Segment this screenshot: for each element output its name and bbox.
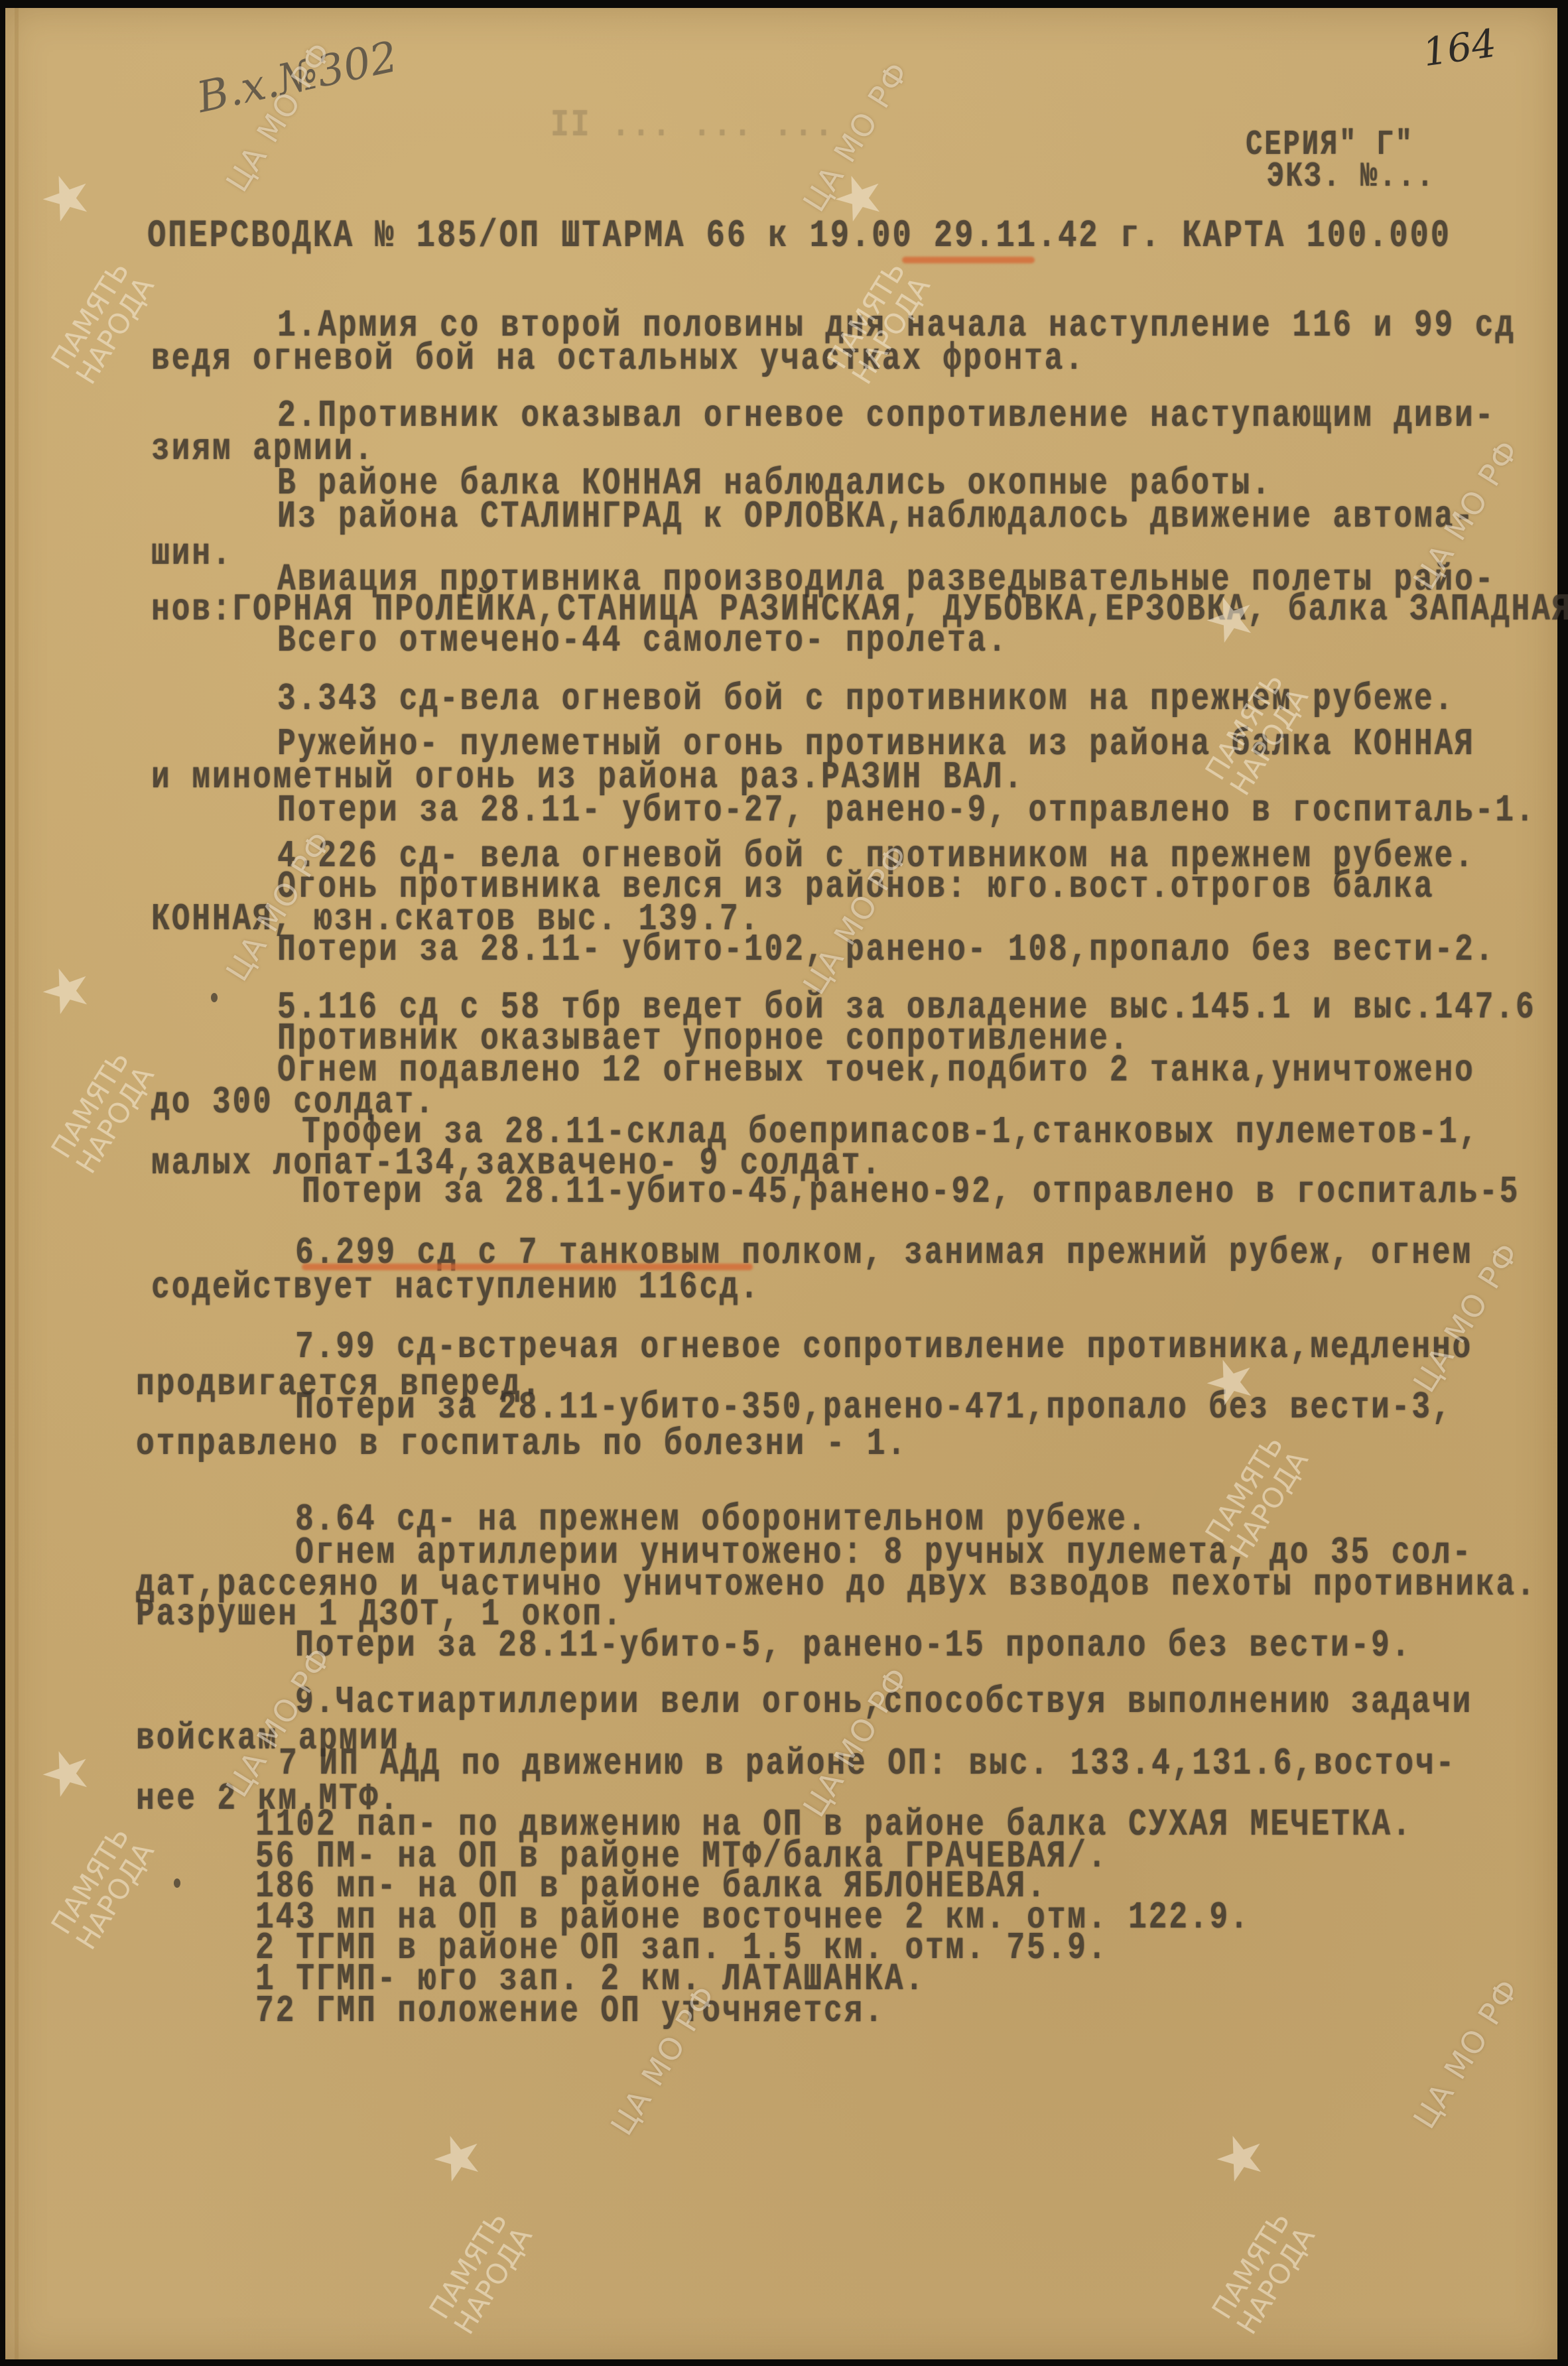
text-line: ведя огневой бой на остальных участках ф… xyxy=(151,340,1085,378)
text-line: 7.99 сд-встречая огневое сопротивление п… xyxy=(295,1328,1472,1366)
text-line: 72 ГМП положение ОП уточняется. xyxy=(255,1992,885,2030)
margin-dot xyxy=(174,1878,180,1888)
text-line: Потери за 28.11- убито-102, ранено- 108,… xyxy=(277,931,1495,969)
text-line: 7 ИП АДД по движению в районе ОП: выс. 1… xyxy=(279,1744,1456,1783)
text-line: 9.Частиартиллерии вели огонь,способствуя… xyxy=(295,1683,1472,1721)
paper-fold xyxy=(15,8,19,2359)
red-pencil-underline-date xyxy=(902,257,1035,263)
text-line: 3.343 сд-вела огневой бой с противником … xyxy=(277,680,1455,718)
text-line: Потери за 28.11-убито-350,ранено-471,про… xyxy=(295,1388,1452,1427)
document-title: ОПЕРСВОДКА № 185/ОП ШТАРМА 66 к 19.00 29… xyxy=(147,217,1451,256)
classification-copy-number: ЭКЗ. №... xyxy=(1267,159,1435,194)
text-line: Потери за 28.11-убито-5, ранено-15 пропа… xyxy=(295,1626,1411,1665)
text-line: Всего отмечено-44 самолето- пролета. xyxy=(277,622,1008,660)
text-line: Огнем подавлено 12 огневых точек,подбито… xyxy=(277,1051,1475,1090)
text-line: Потери за 28.11- убито-27, ранено-9, отп… xyxy=(277,791,1535,830)
text-line: 2.Противник оказывал огневое сопротивлен… xyxy=(277,397,1495,435)
text-line: Потери за 28.11-убито-45,ранено-92, отпр… xyxy=(302,1173,1520,1211)
text-line: содействует наступлению 116сд. xyxy=(151,1268,760,1307)
text-line: Из района СТАЛИНГРАД к ОРЛОВКА,наблюдало… xyxy=(277,497,1475,536)
text-line: отправлено в госпиталь по болезни - 1. xyxy=(136,1425,907,1463)
margin-dot xyxy=(211,993,218,1002)
text-line: шин. xyxy=(151,535,232,573)
faint-header: II ... ... ... xyxy=(551,106,834,145)
